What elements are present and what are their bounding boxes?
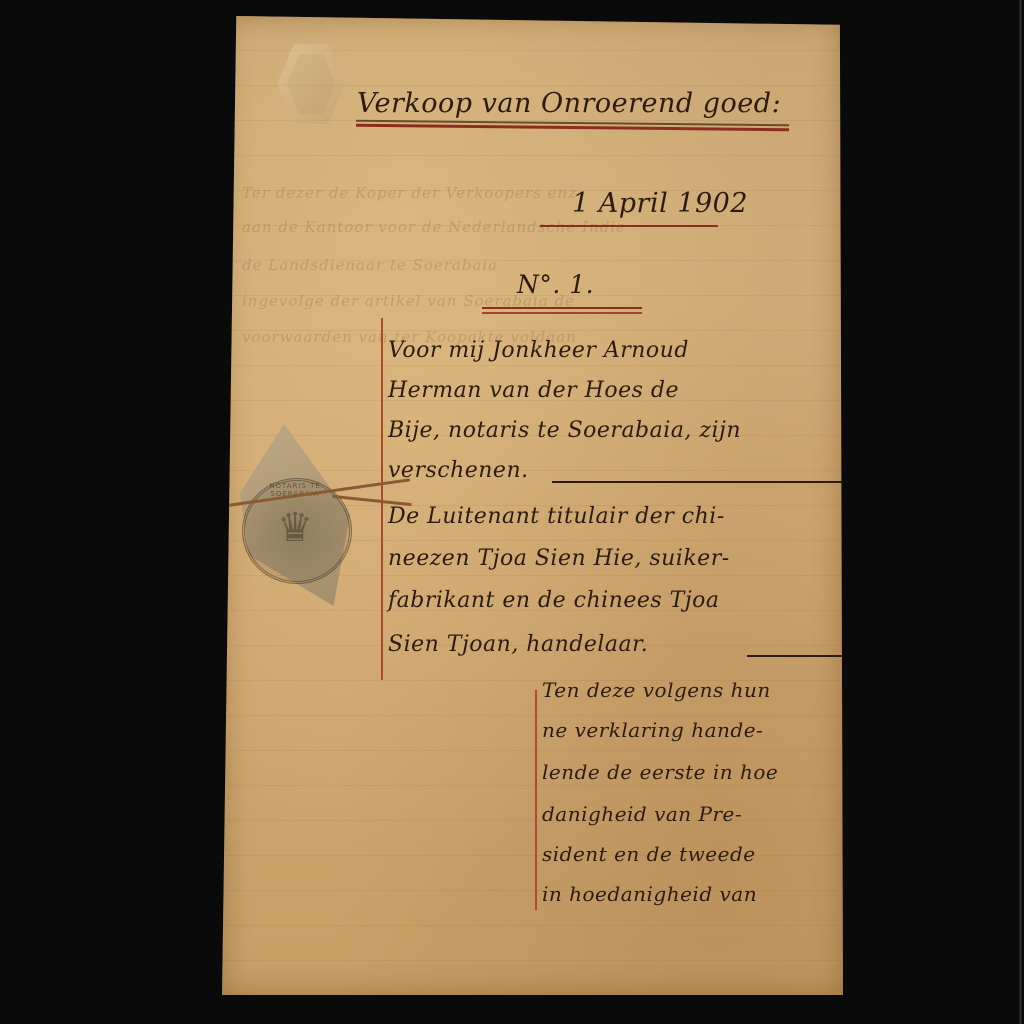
party-line: fabrikant en de chinees Tjoa bbox=[388, 588, 720, 613]
clause-line: ne verklaring hande- bbox=[542, 718, 763, 742]
party-line: neezen Tjoa Sien Hie, suiker- bbox=[388, 546, 730, 571]
number-underline bbox=[482, 307, 642, 309]
body-line: Herman van der Hoes de bbox=[388, 378, 679, 403]
bleed-through-text: aan de Kantoor voor de Nederlandsche Ind… bbox=[242, 218, 842, 236]
coat-of-arms-icon: ♛ bbox=[270, 502, 320, 554]
bleed-through-text: Ter dezer de Koper der Verkoopers enz bbox=[242, 184, 842, 202]
clause-line: sident en de tweede bbox=[542, 842, 756, 866]
date-underline bbox=[540, 225, 718, 227]
document-page: Ter dezer de Koper der Verkoopers enz aa… bbox=[222, 16, 843, 995]
clause-line: Ten deze volgens hun bbox=[542, 678, 771, 702]
clause-line: lende de eerste in hoe bbox=[542, 760, 778, 784]
document-title: Verkoop van Onroerend goed: bbox=[357, 88, 781, 119]
clause-line: in hoedanigheid van bbox=[542, 882, 757, 906]
body-line: Voor mij Jonkheer Arnoud bbox=[388, 338, 689, 363]
line-filler-rule bbox=[747, 655, 848, 657]
frame-edge-glint bbox=[1019, 0, 1022, 1024]
number-underline bbox=[482, 312, 642, 314]
body-line: Bije, notaris te Soerabaia, zijn bbox=[388, 418, 741, 443]
party-line: Sien Tjoan, handelaar. bbox=[388, 632, 648, 657]
margin-line bbox=[535, 690, 537, 910]
clause-line: danigheid van Pre- bbox=[542, 802, 742, 826]
line-filler-rule bbox=[552, 481, 848, 483]
party-line: De Luitenant titulair der chi- bbox=[388, 504, 725, 529]
document-number: N°. 1. bbox=[517, 270, 594, 299]
document-date: 1 April 1902 bbox=[572, 188, 748, 219]
